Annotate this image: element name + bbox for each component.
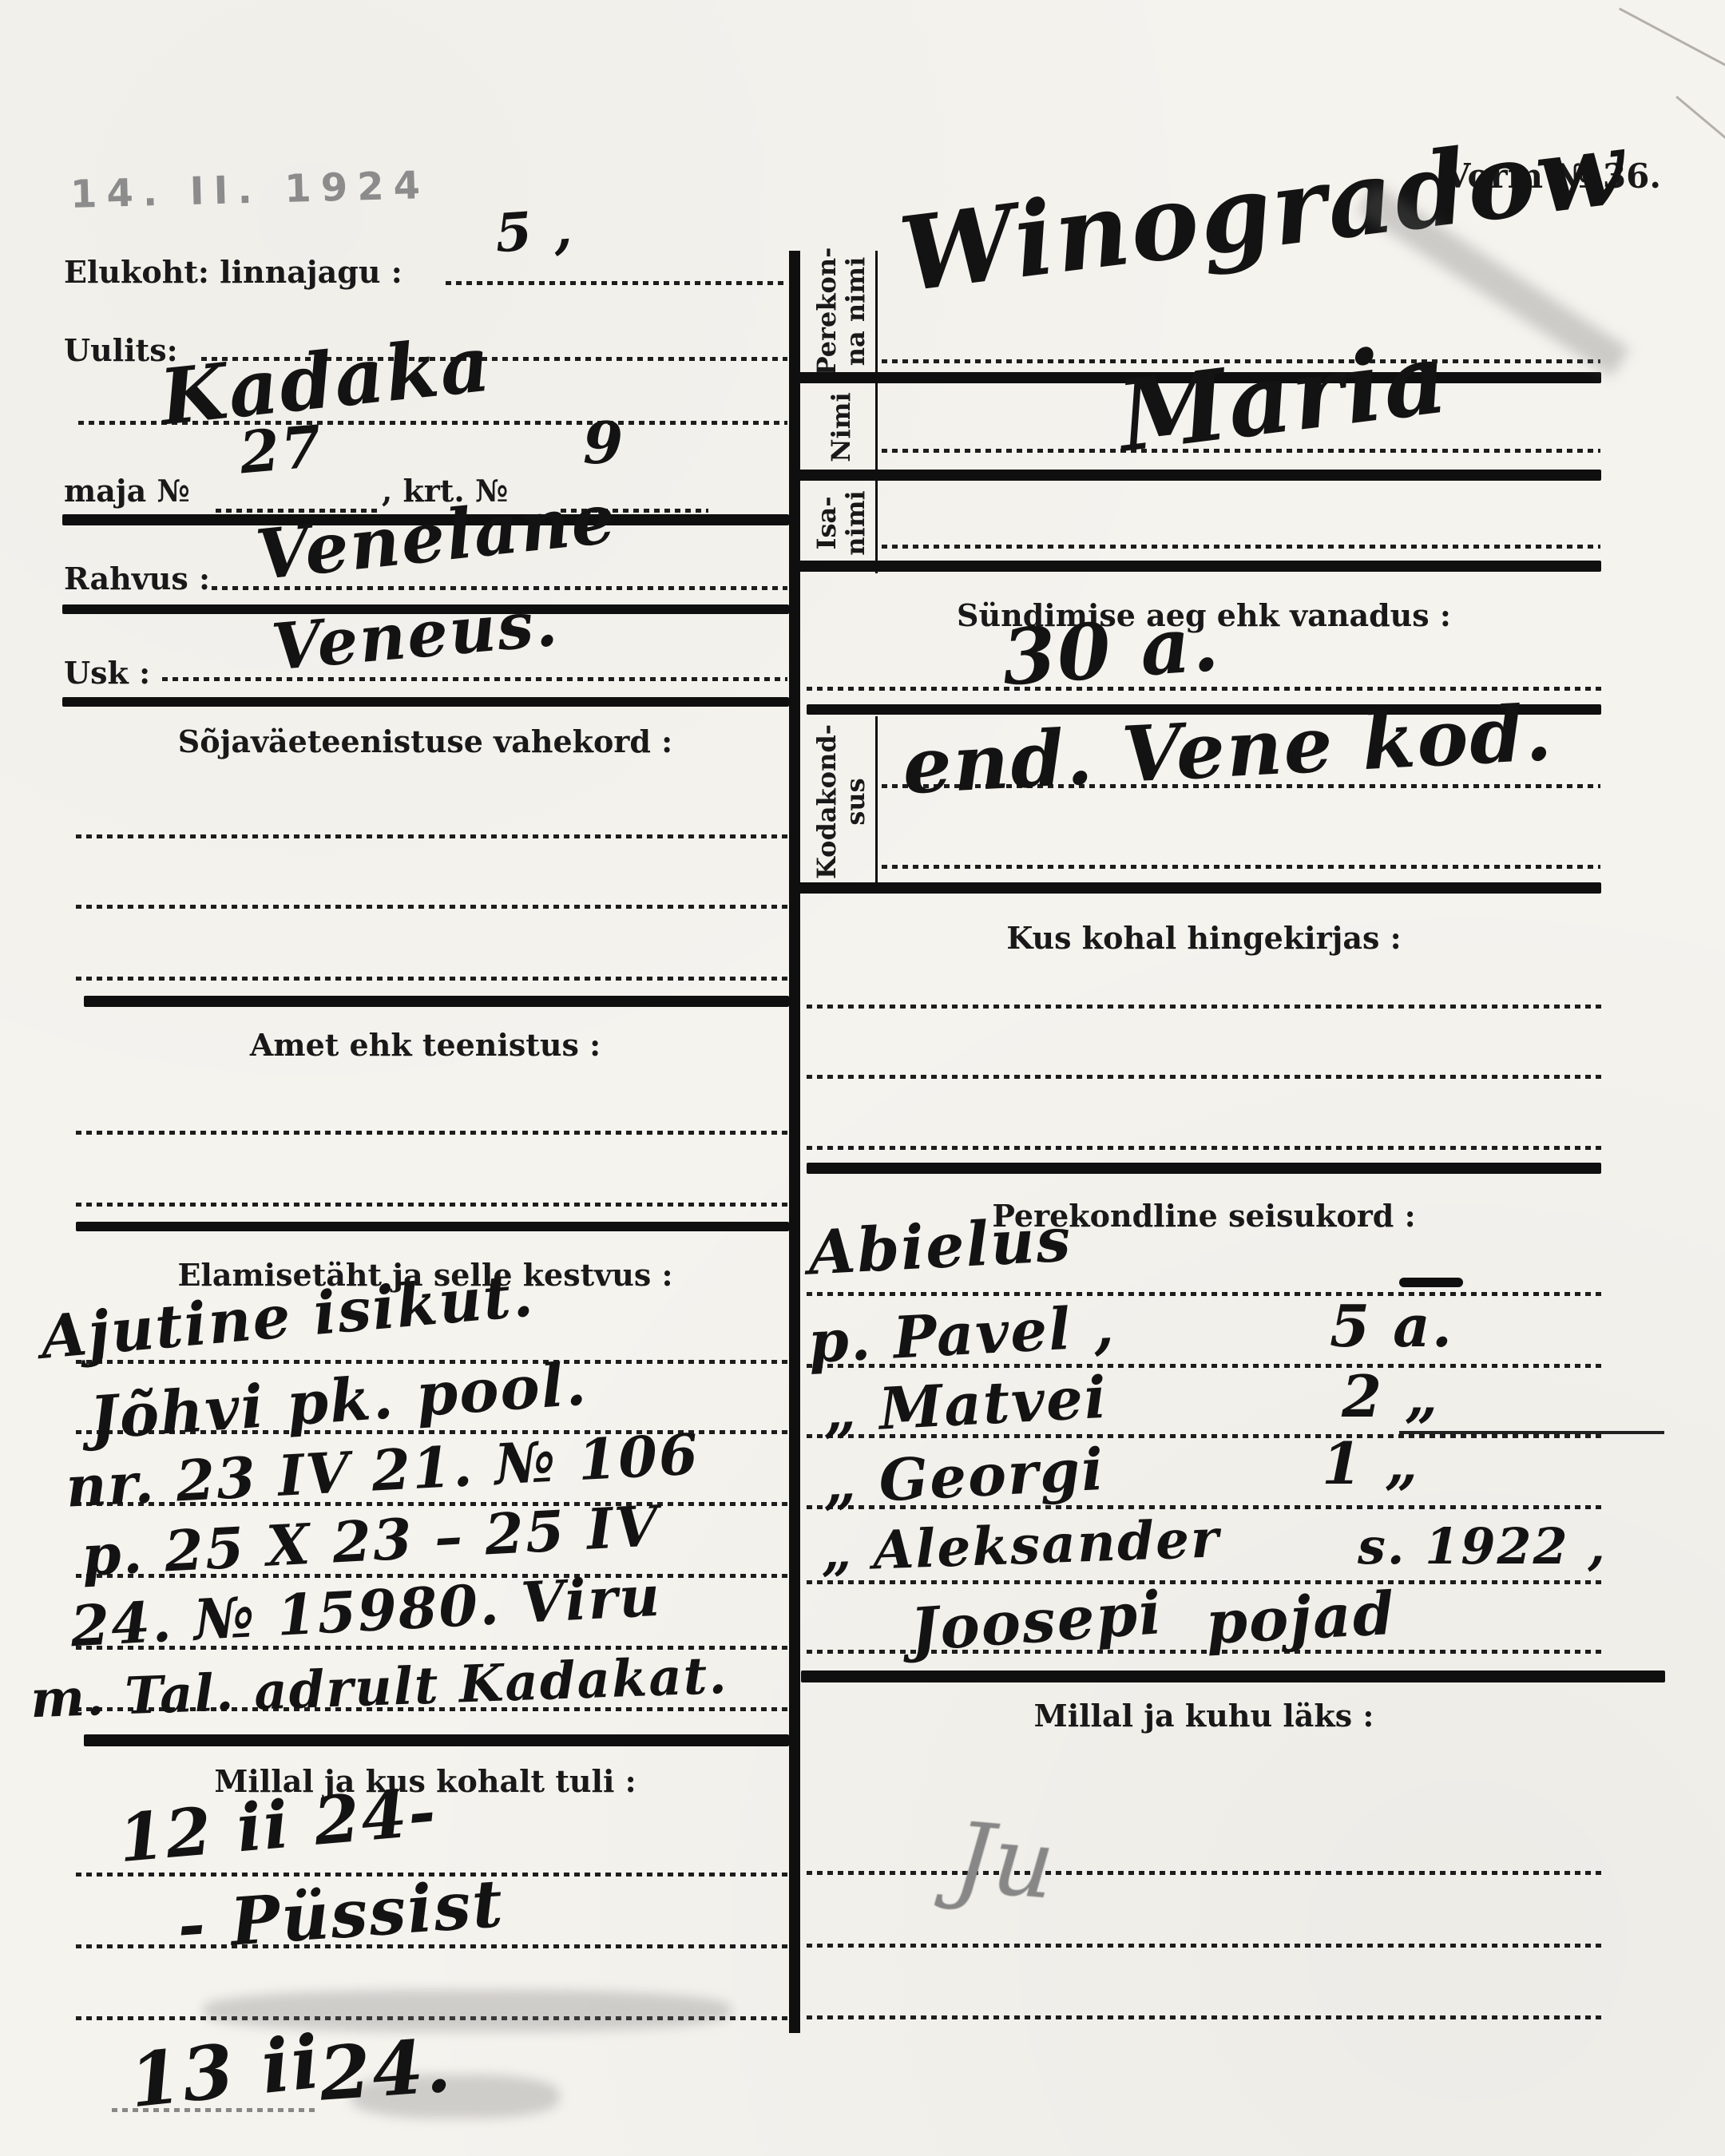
section-divider <box>84 1734 789 1746</box>
dotted-rule <box>807 1005 1601 1009</box>
field-value-elukoht: 5 , <box>493 197 575 265</box>
dotted-rule <box>76 834 789 838</box>
dotted-rule <box>807 1292 1601 1296</box>
section-divider <box>807 1163 1601 1174</box>
tuli-line: - Püssist <box>175 1865 506 1964</box>
column-divider <box>789 251 800 2033</box>
dotted-rule <box>446 281 787 285</box>
family-line-age: s. 1922 , <box>1358 1517 1607 1575</box>
dotted-rule <box>76 1203 789 1207</box>
rotated-label-kodakondsus: Kodakond- sus <box>807 716 877 887</box>
rotated-label-line: Nimi <box>827 392 856 462</box>
pencil-note: Ju <box>950 1802 1059 1921</box>
date-stamp: 14. II. 1924 <box>69 163 430 217</box>
family-line-age: 2 „ <box>1342 1362 1440 1430</box>
dotted-rule <box>807 1075 1601 1079</box>
bottom-date-year: 24. <box>316 2022 454 2117</box>
rotated-label-nimi: Nimi <box>807 383 877 471</box>
section-header-amet: Amet ehk teenistus : <box>60 1027 791 1063</box>
dotted-rule <box>807 1580 1601 1584</box>
section-divider <box>789 882 1601 894</box>
field-value-rahvus: Venelane <box>252 478 621 596</box>
field-label-rahvus: Rahvus : <box>64 561 210 596</box>
field-value-usk: Veneus. <box>269 585 562 685</box>
family-line: Abielus <box>807 1203 1073 1288</box>
rotated-label-line: na nimi <box>842 257 870 367</box>
section-header-laks: Millal ja kuhu läks : <box>807 1698 1601 1734</box>
section-divider <box>789 561 1601 572</box>
field-value-krt: 9 <box>583 409 625 477</box>
rotated-label-line: Kodakond- <box>813 724 842 879</box>
section-divider <box>789 470 1601 481</box>
family-line-age: 1 „ <box>1322 1429 1420 1497</box>
dotted-rule <box>882 545 1600 549</box>
field-value-maja: 27 <box>236 412 325 487</box>
rotated-label-line: sus <box>842 778 870 825</box>
section-divider <box>62 697 789 707</box>
ink-blotch <box>1399 1278 1463 1287</box>
dotted-rule <box>807 1146 1601 1150</box>
family-line-age: 5 a. <box>1330 1292 1453 1360</box>
dotted-rule <box>807 1944 1601 1948</box>
field-label-maja: maja № <box>64 473 190 509</box>
rotated-label-line: nimi <box>842 490 870 555</box>
section-divider <box>84 996 789 1007</box>
paper-crease <box>1675 96 1725 146</box>
field-label-usk: Usk : <box>64 655 150 691</box>
label-column-rule <box>875 716 878 890</box>
rotated-label-isanimi: Isa- nimi <box>807 481 877 565</box>
dotted-rule <box>76 977 789 981</box>
section-header-hingekirjas: Kus kohal hingekirjas : <box>807 920 1601 956</box>
dotted-rule <box>76 905 789 909</box>
family-line: „ Aleksander <box>820 1507 1221 1583</box>
section-divider <box>801 1671 1665 1682</box>
family-line: „ Matvei <box>821 1363 1109 1446</box>
family-line-age: pojad <box>1204 1579 1398 1658</box>
section-divider <box>76 1222 789 1231</box>
dotted-rule <box>807 1871 1601 1875</box>
elamistaht-line: m. Tal. adrult Kadakat. <box>30 1646 729 1730</box>
field-value-vanadus: 30 a. <box>999 598 1223 703</box>
dotted-rule <box>76 1131 789 1135</box>
rotated-label-perekonnanimi: Perekon- na nimi <box>807 248 877 375</box>
paper-crease <box>1619 7 1725 71</box>
rotated-label-line: Perekon- <box>813 248 842 376</box>
rotated-label-line: Isa- <box>813 497 842 550</box>
registration-card: 14. II. 1924 Vorm № 36. Elukoht: linnaja… <box>0 0 1725 2156</box>
field-label-elukoht: Elukoht: linnajagu : <box>64 254 402 290</box>
dotted-rule <box>807 2015 1601 2019</box>
dotted-rule <box>882 865 1600 869</box>
section-header-sojavaeteenistus: Sõjaväeteenistuse vahekord : <box>60 723 791 759</box>
dotted-rule <box>162 677 787 681</box>
